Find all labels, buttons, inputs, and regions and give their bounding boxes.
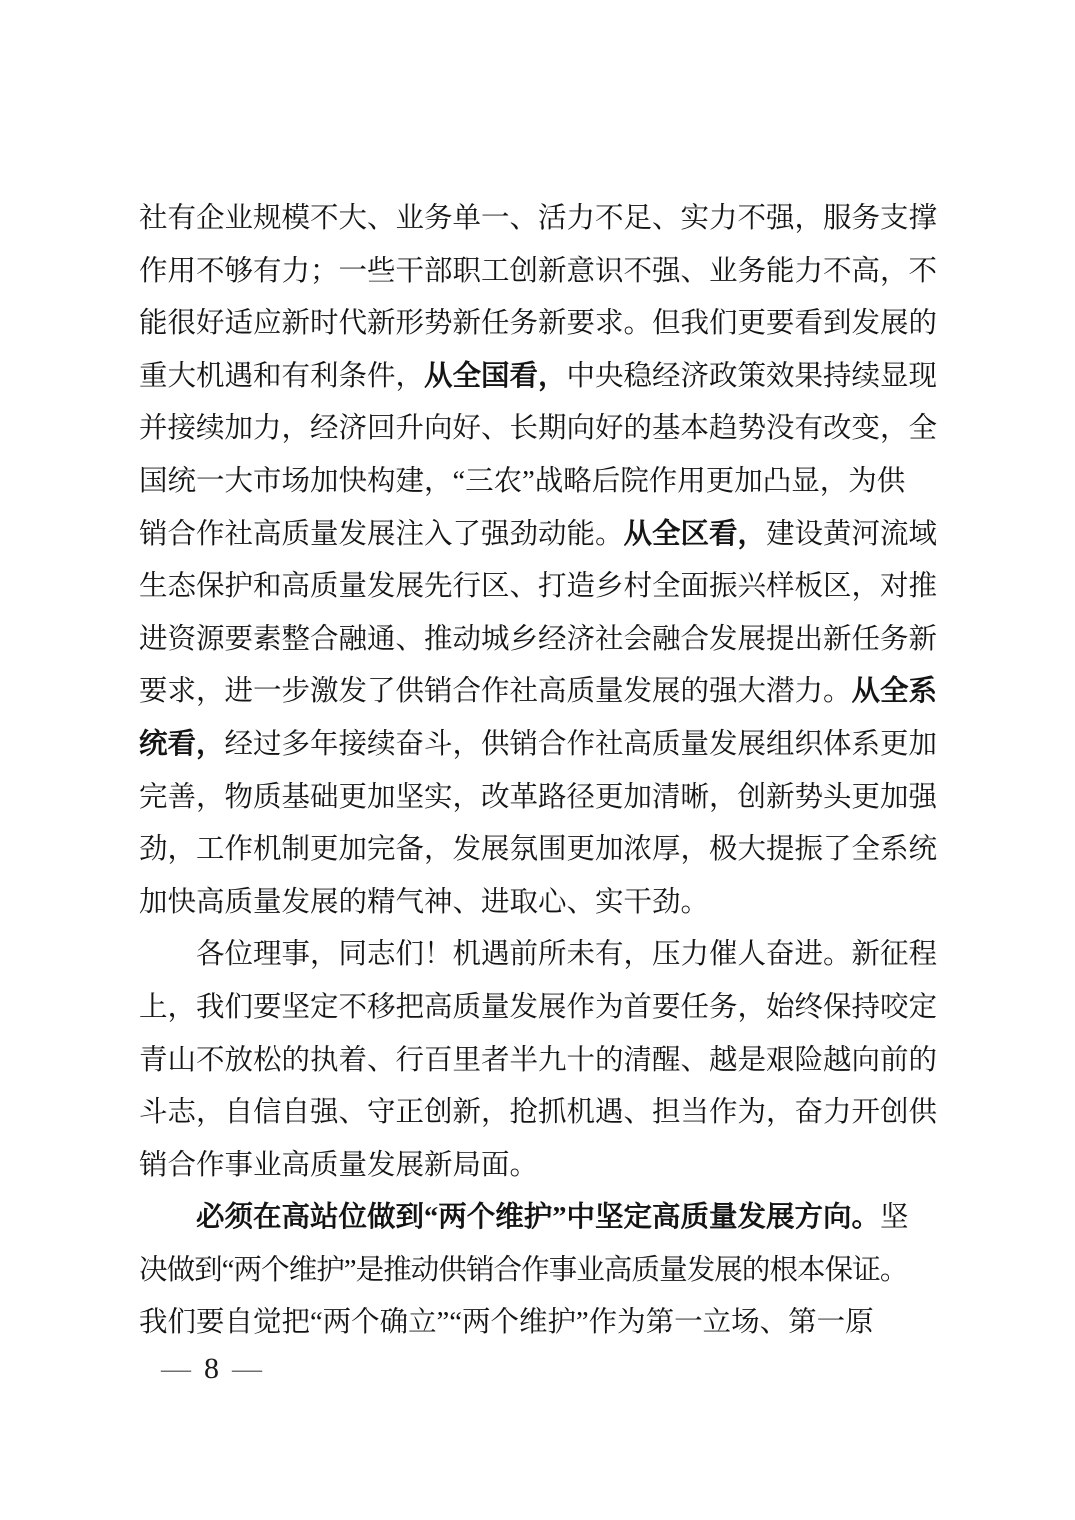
text-line: 决做到“两个维护”是推动供销合作事业高质量发展的根本保证。 [139, 1245, 941, 1298]
text-line: 完善，物质基础更加坚实，改革路径更加清晰，创新势头更加强 [139, 772, 941, 825]
body-text: 重大机遇和有利条件， [139, 361, 424, 392]
text-line: 加快高质量发展的精气神、进取心、实干劲。 [139, 877, 941, 930]
text-line: 斗志，自信自强、守正创新，抢抓机遇、担当作为，奋力开创供 [139, 1087, 941, 1140]
body-text: 并接续加力，经济回升向好、长期向好的基本趋势没有改变，全 [139, 413, 937, 444]
body-text: 生态保护和高质量发展先行区、打造乡村全面振兴样板区，对推 [139, 571, 937, 602]
text-line: 重大机遇和有利条件，从全国看，中央稳经济政策效果持续显现 [139, 351, 941, 404]
body-text: 能很好适应新时代新形势新任务新要求。但我们更要看到发展的 [139, 308, 937, 339]
document-page: 社有企业规模不大、业务单一、活力不足、实力不强，服务支撑作用不够有力；一些干部职… [0, 0, 1075, 1520]
page-number: —8— [161, 1349, 262, 1389]
body-text: 作用不够有力；一些干部职工创新意识不强、业务能力不高，不 [139, 256, 937, 287]
paragraph: 各位理事，同志们！机遇前所未有，压力催人奋进。新征程上，我们要坚定不移把高质量发… [139, 929, 941, 1192]
body-text: 国统一大市场加快构建，“三农”战略后院作用更加凸显，为供 [139, 466, 905, 497]
body-text: 要求，进一步激发了供销合作社高质量发展的强大潜力。 [139, 676, 852, 707]
body-text: 上，我们要坚定不移把高质量发展作为首要任务，始终保持咬定 [139, 992, 937, 1023]
emphasis-text: 必须在高站位做到“两个维护”中坚定高质量发展方向。 [196, 1202, 880, 1233]
text-line: 并接续加力，经济回升向好、长期向好的基本趋势没有改变，全 [139, 403, 941, 456]
text-line: 各位理事，同志们！机遇前所未有，压力催人奋进。新征程 [139, 929, 941, 982]
emphasis-text: 统看， [139, 729, 225, 760]
text-line: 我们要自觉把“两个确立”“两个维护”作为第一立场、第一原 [139, 1297, 941, 1350]
body-text: 坚 [880, 1202, 909, 1233]
text-column: 社有企业规模不大、业务单一、活力不足、实力不强，服务支撑作用不够有力；一些干部职… [139, 193, 941, 1350]
text-line: 能很好适应新时代新形势新任务新要求。但我们更要看到发展的 [139, 298, 941, 351]
body-text: 决做到“两个维护”是推动供销合作事业高质量发展的根本保证。 [139, 1255, 907, 1286]
text-line: 社有企业规模不大、业务单一、活力不足、实力不强，服务支撑 [139, 193, 941, 246]
emphasis-text: 从全系 [852, 676, 938, 707]
body-text: 销合作事业高质量发展新局面。 [139, 1150, 538, 1181]
text-line: 上，我们要坚定不移把高质量发展作为首要任务，始终保持咬定 [139, 982, 941, 1035]
text-line: 销合作事业高质量发展新局面。 [139, 1140, 941, 1193]
text-line: 统看，经过多年接续奋斗，供销合作社高质量发展组织体系更加 [139, 719, 941, 772]
text-line: 劲，工作机制更加完备，发展氛围更加浓厚，极大提振了全系统 [139, 824, 941, 877]
paragraph: 社有企业规模不大、业务单一、活力不足、实力不强，服务支撑作用不够有力；一些干部职… [139, 193, 941, 929]
body-text: 青山不放松的执着、行百里者半九十的清醒、越是艰险越向前的 [139, 1045, 937, 1076]
body-text: 经过多年接续奋斗，供销合作社高质量发展组织体系更加 [225, 729, 938, 760]
body-text: 各位理事，同志们！机遇前所未有，压力催人奋进。新征程 [139, 939, 937, 970]
body-text: 进资源要素整合融通、推动城乡经济社会融合发展提出新任务新 [139, 624, 937, 655]
body-text: 劲，工作机制更加完备，发展氛围更加浓厚，极大提振了全系统 [139, 834, 937, 865]
text-line: 必须在高站位做到“两个维护”中坚定高质量发展方向。坚 [139, 1192, 941, 1245]
body-text: 社有企业规模不大、业务单一、活力不足、实力不强，服务支撑 [139, 203, 937, 234]
page-number-dash-left: — [161, 1352, 191, 1385]
body-text: 加快高质量发展的精气神、进取心、实干劲。 [139, 887, 709, 918]
body-text: 建设黄河流域 [766, 519, 937, 550]
body-text [139, 1202, 196, 1233]
emphasis-text: 从全区看， [624, 519, 767, 550]
emphasis-text: 从全国看， [424, 361, 567, 392]
text-line: 销合作社高质量发展注入了强劲动能。从全区看，建设黄河流域 [139, 509, 941, 562]
text-line: 作用不够有力；一些干部职工创新意识不强、业务能力不高，不 [139, 246, 941, 299]
text-line: 进资源要素整合融通、推动城乡经济社会融合发展提出新任务新 [139, 614, 941, 667]
paragraph: 必须在高站位做到“两个维护”中坚定高质量发展方向。坚决做到“两个维护”是推动供销… [139, 1192, 941, 1350]
text-line: 青山不放松的执着、行百里者半九十的清醒、越是艰险越向前的 [139, 1035, 941, 1088]
page-number-value: 8 [204, 1352, 219, 1385]
body-text: 销合作社高质量发展注入了强劲动能。 [139, 519, 624, 550]
text-line: 要求，进一步激发了供销合作社高质量发展的强大潜力。从全系 [139, 666, 941, 719]
body-text: 中央稳经济政策效果持续显现 [567, 361, 938, 392]
text-line: 生态保护和高质量发展先行区、打造乡村全面振兴样板区，对推 [139, 561, 941, 614]
text-line: 国统一大市场加快构建，“三农”战略后院作用更加凸显，为供 [139, 456, 941, 509]
body-text: 我们要自觉把“两个确立”“两个维护”作为第一立场、第一原 [139, 1307, 874, 1338]
page-number-dash-right: — [232, 1352, 262, 1385]
body-text: 斗志，自信自强、守正创新，抢抓机遇、担当作为，奋力开创供 [139, 1097, 937, 1128]
body-text: 完善，物质基础更加坚实，改革路径更加清晰，创新势头更加强 [139, 782, 937, 813]
